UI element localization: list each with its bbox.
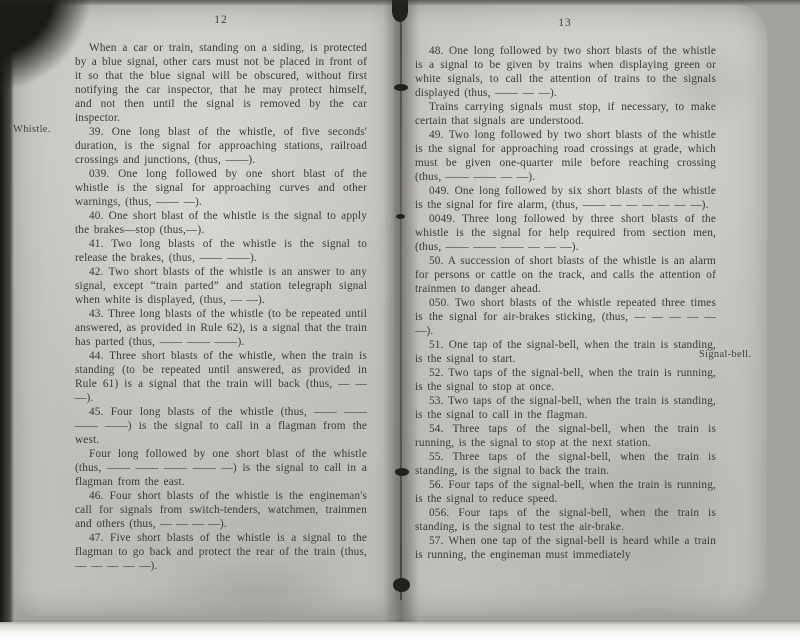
paragraph-rule-56: 56. Four taps of the signal-bell, when t…: [415, 478, 716, 506]
paragraph-rule-45: 45. Four long blasts of the whistle (thu…: [75, 405, 367, 447]
paragraph-rule-46: 46. Four short blasts of the whistle is …: [75, 489, 367, 531]
paragraph-rule-039: 039. One long followed by one short blas…: [75, 167, 367, 209]
page-number-right: 13: [415, 17, 715, 29]
gutter-shadow-line: [400, 20, 402, 600]
book-cover-edge-left: [0, 0, 14, 622]
paragraph-rule-44: 44. Three short blasts of the whistle, w…: [75, 349, 367, 405]
page-right-text-column: 48. One long followed by two short blast…: [415, 44, 716, 562]
paragraph-rule-52: 52. Two taps of the signal-bell, when th…: [415, 366, 716, 394]
page-number-left: 12: [75, 14, 367, 26]
paragraph: Trains carrying signals must stop, if ne…: [415, 100, 716, 128]
paragraph-rule-49: 49. Two long followed by two short blast…: [415, 128, 716, 184]
paragraph: When a car or train, standing on a sidin…: [75, 41, 367, 125]
paragraph: Four long followed by one short blast of…: [75, 447, 367, 489]
paragraph-rule-056: 056. Four taps of the signal-bell, when …: [415, 506, 716, 534]
scanned-book-spread: 12 13 Whistle. Signal-bell. When a car o…: [0, 0, 800, 640]
paragraph-rule-51: 51. One tap of the signal-bell, when the…: [415, 338, 716, 366]
margin-label-whistle: Whistle.: [13, 124, 51, 135]
paragraph-rule-54: 54. Three taps of the signal-bell, when …: [415, 422, 716, 450]
paragraph-rule-050: 050. Two short blasts of the whistle rep…: [415, 296, 716, 338]
paragraph-rule-43: 43. Three long blasts of the whistle (to…: [75, 307, 367, 349]
binding-stitch: [395, 468, 409, 476]
book-cover-edge-top: [0, 0, 800, 6]
paragraph-rule-41: 41. Two long blasts of the whistle is th…: [75, 237, 367, 265]
paragraph-rule-39: 39. One long blast of the whistle, of fi…: [75, 125, 367, 167]
paragraph-rule-50: 50. A succession of short blasts of the …: [415, 254, 716, 296]
binding-stitch: [394, 84, 408, 91]
paragraph-rule-55: 55. Three taps of the signal-bell, when …: [415, 450, 716, 478]
paragraph-rule-48: 48. One long followed by two short blast…: [415, 44, 716, 100]
paragraph-rule-47: 47. Five short blasts of the whistle is …: [75, 531, 367, 573]
binding-stitch: [396, 214, 405, 219]
page-left-text-column: When a car or train, standing on a sidin…: [75, 41, 367, 573]
scanner-bed-strip: [0, 620, 800, 640]
paragraph-rule-40: 40. One short blast of the whistle is th…: [75, 209, 367, 237]
binding-stitch: [393, 578, 410, 592]
paragraph-rule-57: 57. When one tap of the signal-bell is h…: [415, 534, 716, 562]
paragraph-rule-53: 53. Two taps of the signal-bell, when th…: [415, 394, 716, 422]
paragraph-rule-049: 049. One long followed by six short blas…: [415, 184, 716, 212]
paragraph-rule-0049: 0049. Three long followed by three short…: [415, 212, 716, 254]
paragraph-rule-42: 42. Two short blasts of the whistle is a…: [75, 265, 367, 307]
